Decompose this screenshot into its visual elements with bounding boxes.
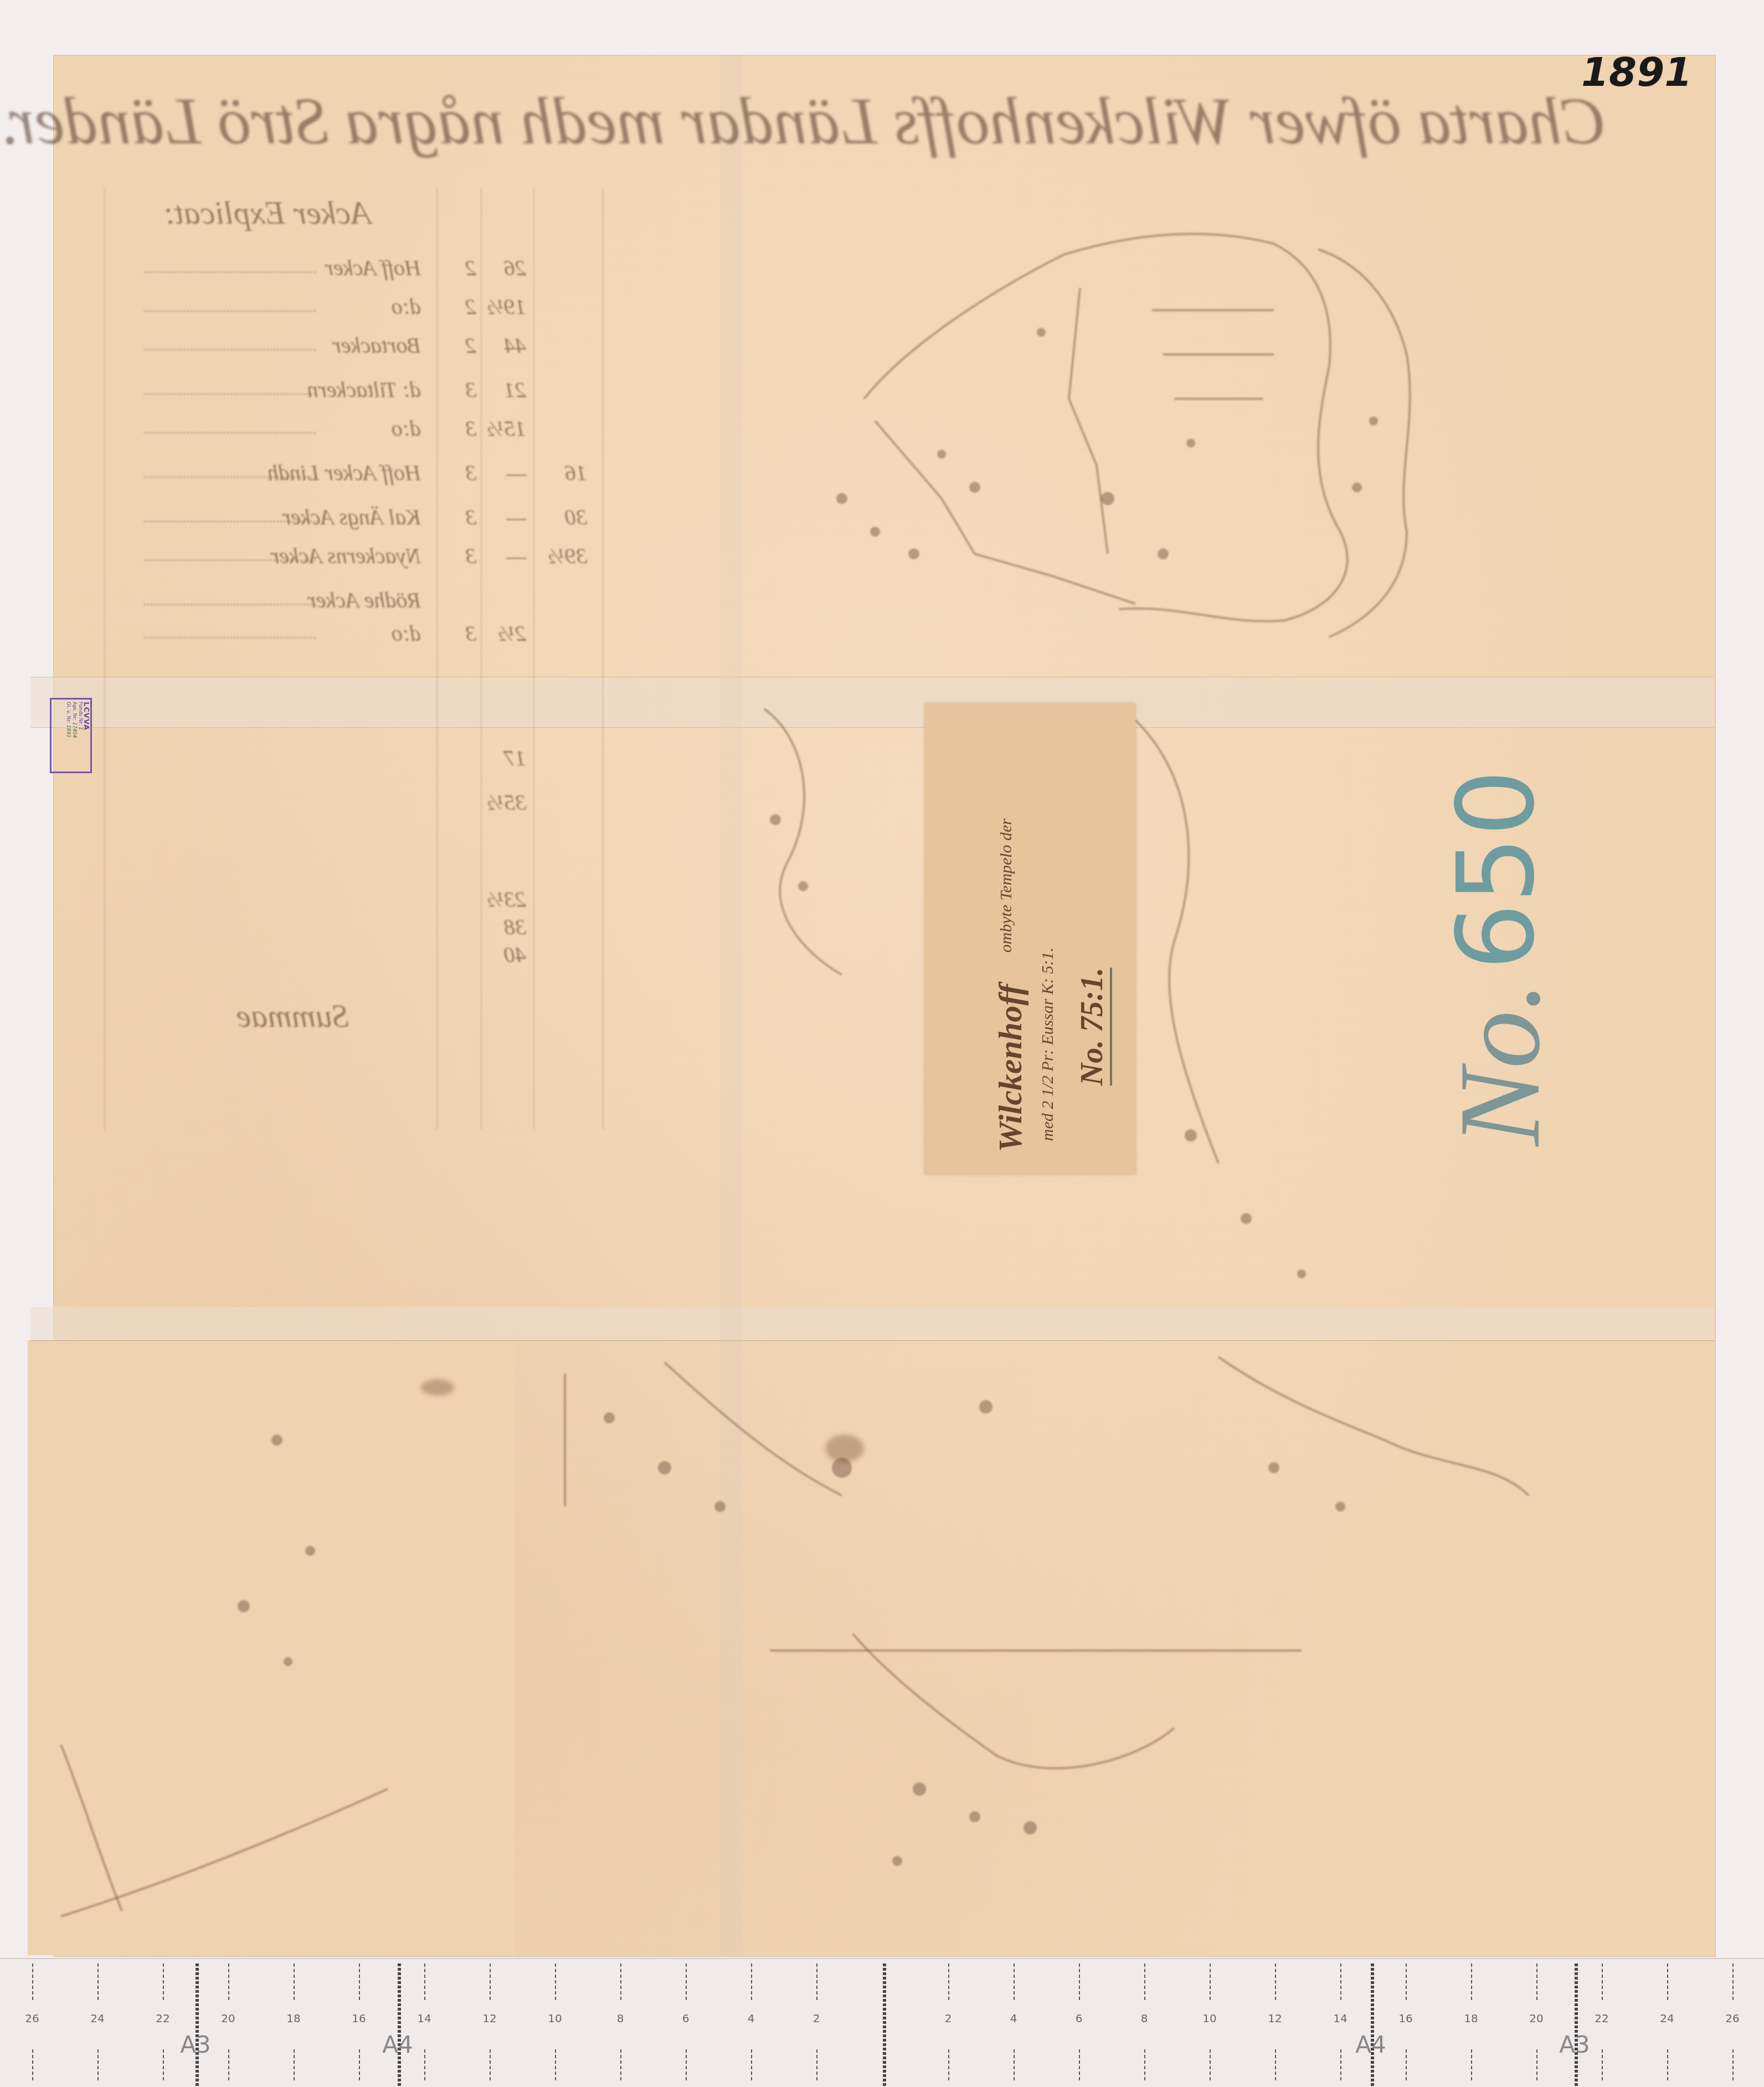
pasted-label-slip: Wilckenhoff ombyte Tempelo der med 2 1/2… bbox=[925, 703, 1135, 1174]
slip-detail: med 2 1/2 Pr: Eussar K: 5:1. bbox=[1038, 948, 1057, 1141]
ink-blot bbox=[421, 1379, 454, 1396]
stamp-institution: LCVVA bbox=[83, 702, 89, 769]
slip-subtitle: ombyte Tempelo der bbox=[997, 819, 1016, 953]
number-mark: No. bbox=[1433, 981, 1567, 1147]
slip-title: Wilckenhoff bbox=[991, 984, 1030, 1152]
scan-ruler: 26 24 22 A3 20 18 16 A4 14 12 10 8 6 4 2… bbox=[0, 1958, 1764, 2087]
slip-number: No. 75:1. bbox=[1074, 968, 1112, 1086]
archive-stamp: LCVVA Fonds Nr: 1 Apr. Nr: 17404 Gl. v. … bbox=[50, 698, 92, 773]
archive-number-650: 650 bbox=[1435, 769, 1557, 970]
ink-blot bbox=[825, 1435, 864, 1462]
